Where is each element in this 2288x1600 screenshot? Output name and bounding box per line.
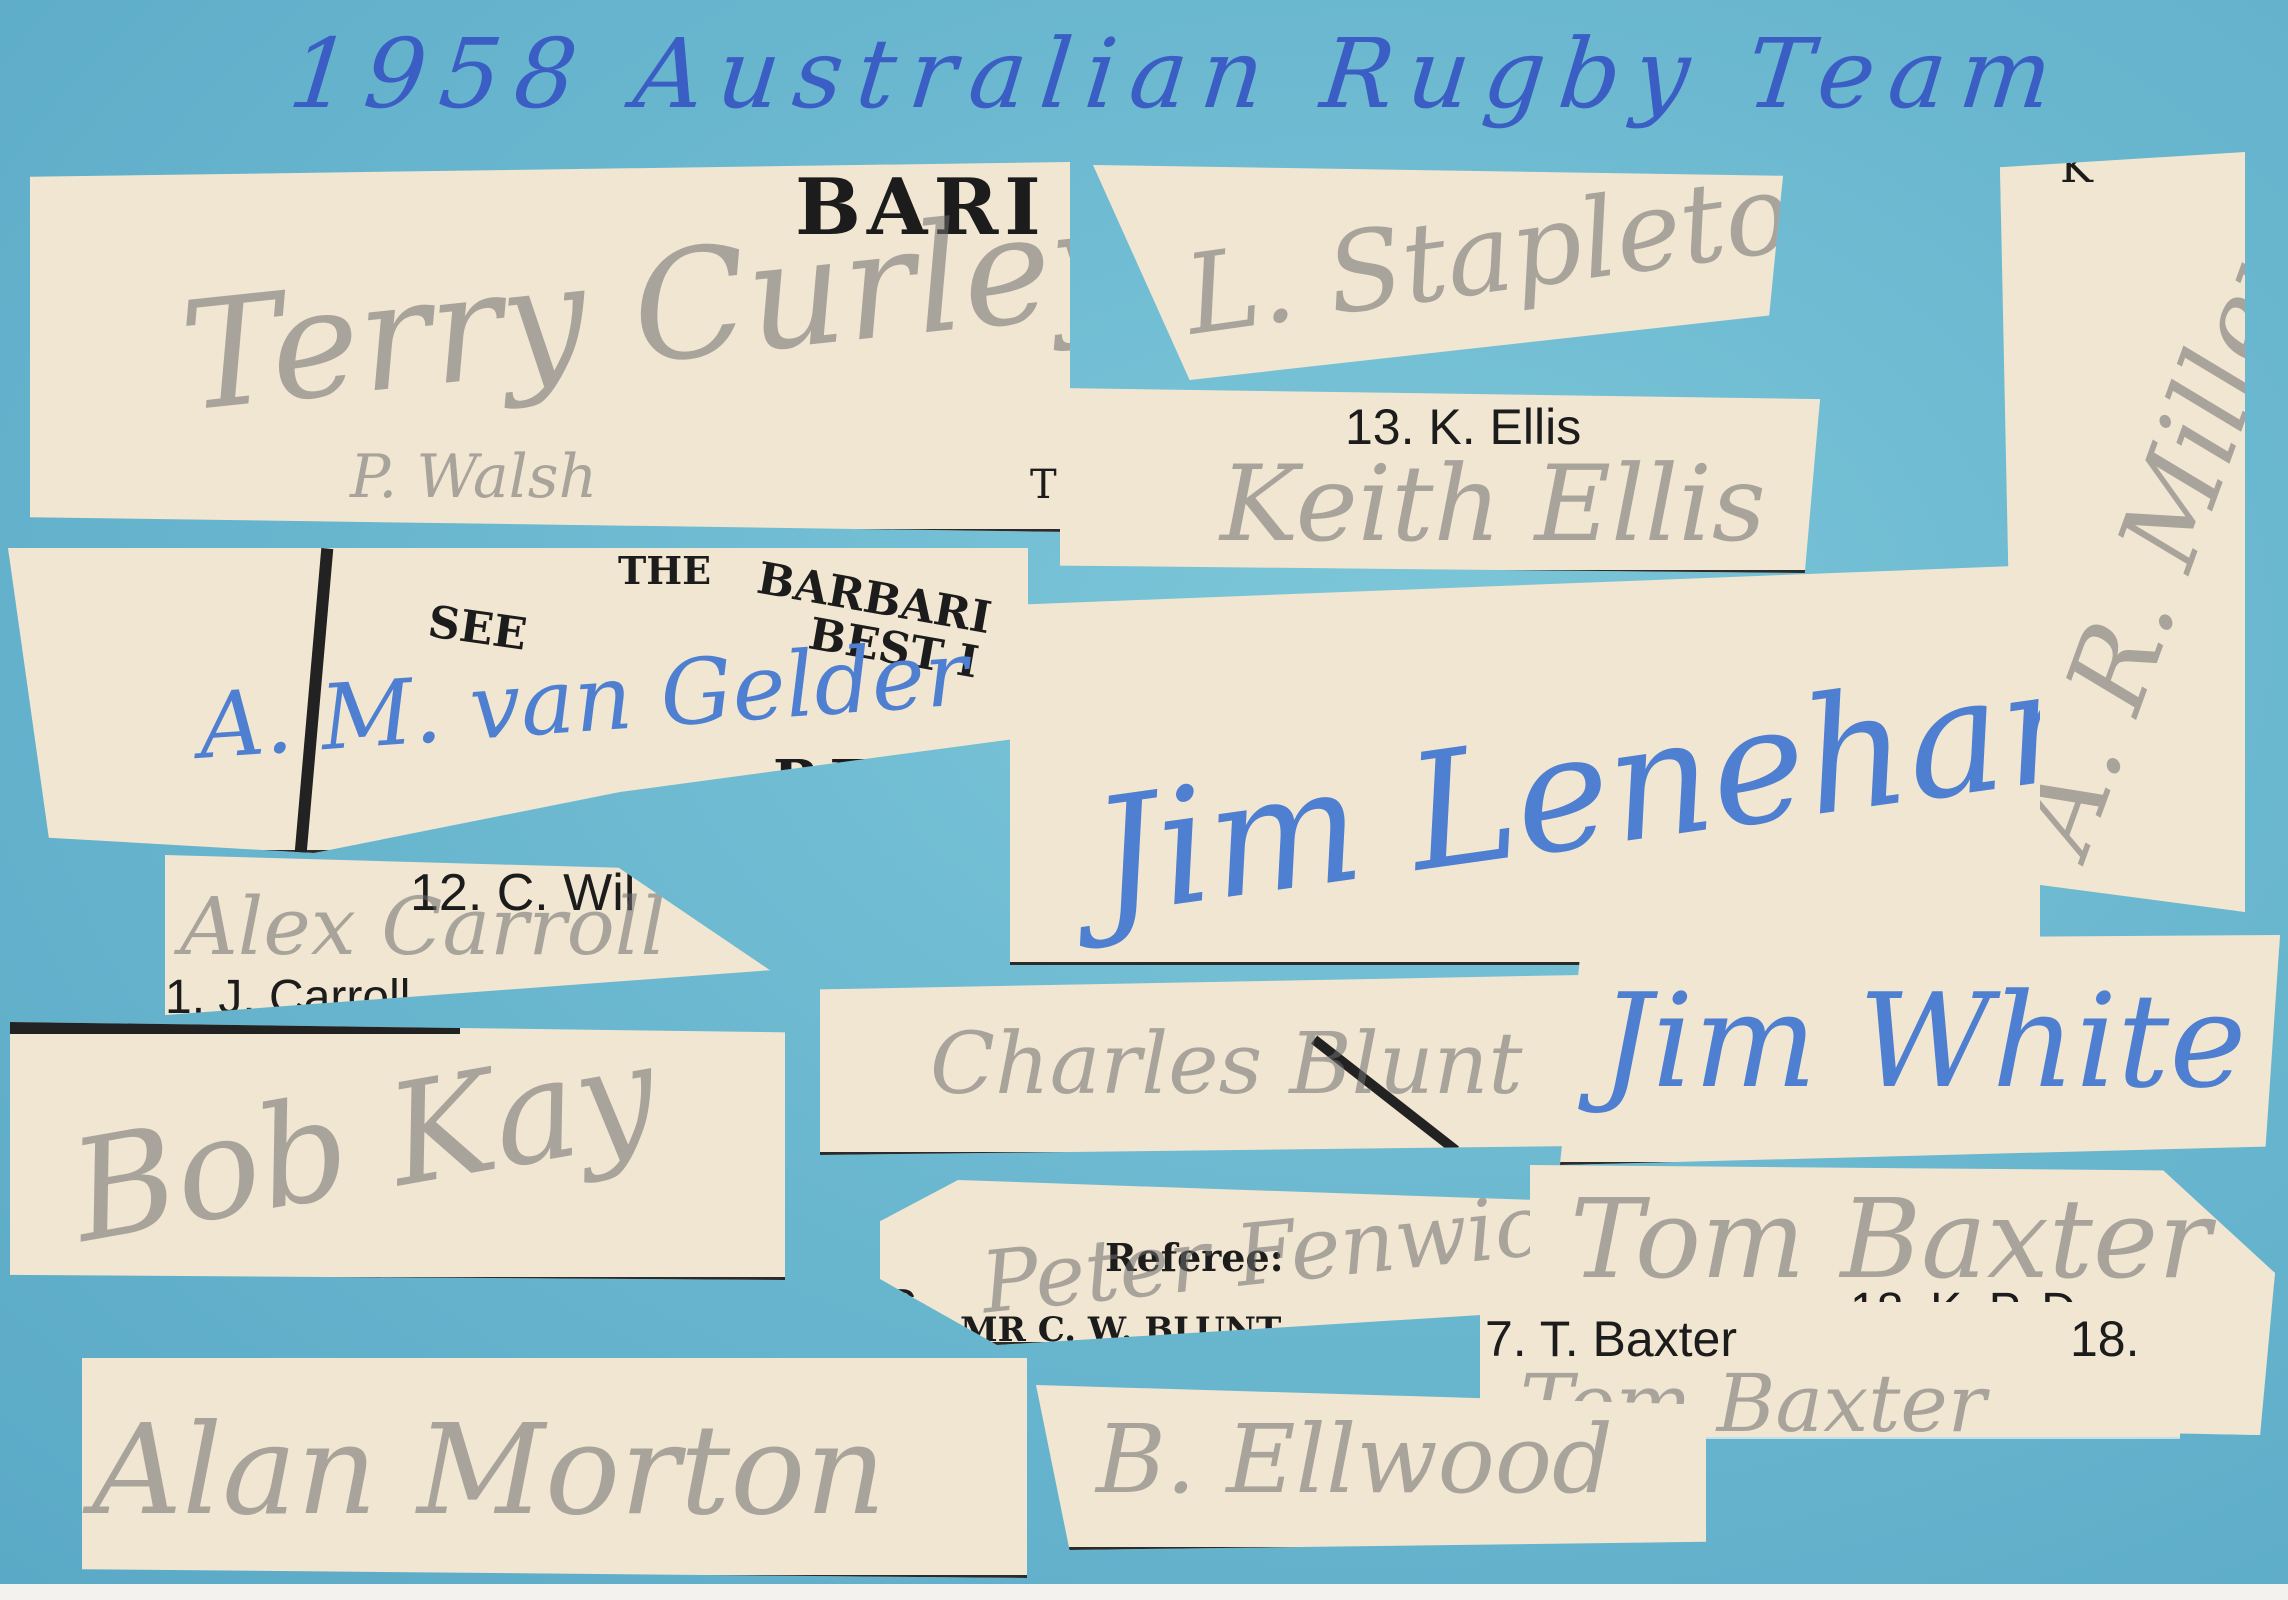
clipping-blunt: Charles Blunt [820, 975, 1580, 1155]
signature-curley: Terry Curley [174, 172, 1145, 445]
autograph-card: 1958 Australian Rugby Team BARI T Terry … [0, 0, 2288, 1584]
printed-t: T [1030, 462, 1057, 508]
printed-rec: REC [773, 748, 937, 814]
clipping-stapleton: L. Stapleton [1093, 165, 1783, 380]
signature-ellwood: B. Ellwood [1096, 1405, 1613, 1515]
heavy-rule [10, 1022, 460, 1034]
clipping-van-gelder: THE SEE BARBARI BEST I REC A. M. van Gel… [8, 548, 1028, 853]
signature-blunt: Charles Blunt [930, 1015, 1523, 1114]
printed-see: SEE [425, 596, 530, 660]
clipping-ellis: 13. K. Ellis Keith Ellis [1060, 388, 1820, 573]
clipping-kay: Bob Kay [10, 1022, 785, 1280]
clipping-ellwood: B. Ellwood [1036, 1385, 1706, 1550]
signature-carroll: Alex Carroll [180, 880, 666, 973]
signature-lenehan: Jim Lenehan [1082, 625, 2116, 952]
signature-baxter-top: Tom Baxter [1570, 1175, 2211, 1303]
printed-s: S [885, 1280, 917, 1335]
signature-kay: Bob Kay [60, 1012, 668, 1275]
signature-morton: Alan Morton [92, 1398, 886, 1543]
printed-eighteen-b: 18. [2070, 1310, 2140, 1368]
clipping-morton: Alan Morton [82, 1358, 1027, 1578]
clipping-white: Jim White [1560, 935, 2280, 1165]
scan-border [0, 1584, 2288, 1600]
signature-white: Jim White [1600, 965, 2246, 1117]
clipping-lenehan: Jim Lenehan [1010, 565, 2040, 965]
printed-the: THE [618, 548, 711, 593]
handwritten-title: 1958 Australian Rugby Team [284, 18, 2071, 130]
printed-k: K [2060, 142, 2093, 193]
signature-ellis: Keith Ellis [1220, 443, 1766, 565]
clipping-carroll: Fo 12. C. Wil 1. J. Carroll Alex Carroll [165, 855, 770, 1015]
signature-stapleton: L. Stapleton [1177, 138, 1868, 359]
printed-carroll: 1. J. Carroll [165, 970, 410, 1025]
signature-walsh: P. Walsh [350, 442, 597, 512]
clipping-curley: BARI T Terry Curley P. Walsh [30, 162, 1070, 532]
clipping-referee: Referee: S MR C. W. BLUNT Peter Fenwicke [880, 1180, 1530, 1345]
